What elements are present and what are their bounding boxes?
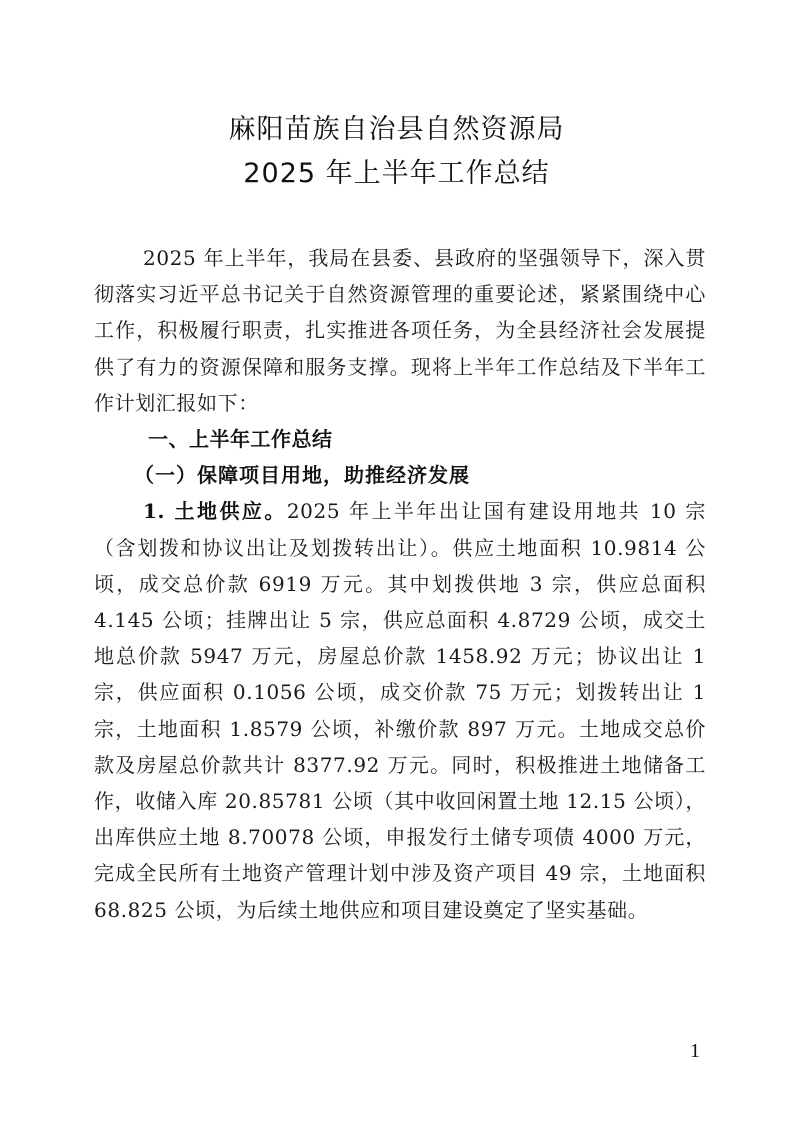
intro-paragraph: 2025 年上半年，我局在县委、县政府的坚强领导下，深入贯彻落实习近平总书记关于… — [94, 240, 706, 421]
item-text-land-supply: 2025 年上半年出让国有建设用地共 10 宗（含划拨和协议出让及划拨转出让）。… — [94, 499, 706, 921]
title-line-organization: 麻阳苗族自治县自然资源局 — [0, 108, 793, 152]
document-title: 麻阳苗族自治县自然资源局 2025 年上半年工作总结 — [0, 108, 793, 196]
item-lead-land-supply: 1. 土地供应。 — [143, 499, 287, 523]
document-page: 麻阳苗族自治县自然资源局 2025 年上半年工作总结 2025 年上半年，我局在… — [0, 0, 793, 1122]
subsection-heading-land-guarantee: （一）保障项目用地，助推经济发展 — [94, 457, 706, 493]
page-number: 1 — [690, 1040, 700, 1063]
section-heading-first-half-summary: 一、上半年工作总结 — [94, 421, 706, 457]
title-line-report: 2025 年上半年工作总结 — [0, 152, 793, 196]
item-paragraph-land-supply: 1. 土地供应。2025 年上半年出让国有建设用地共 10 宗（含划拨和协议出让… — [94, 493, 706, 927]
document-body: 2025 年上半年，我局在县委、县政府的坚强领导下，深入贯彻落实习近平总书记关于… — [94, 240, 706, 928]
